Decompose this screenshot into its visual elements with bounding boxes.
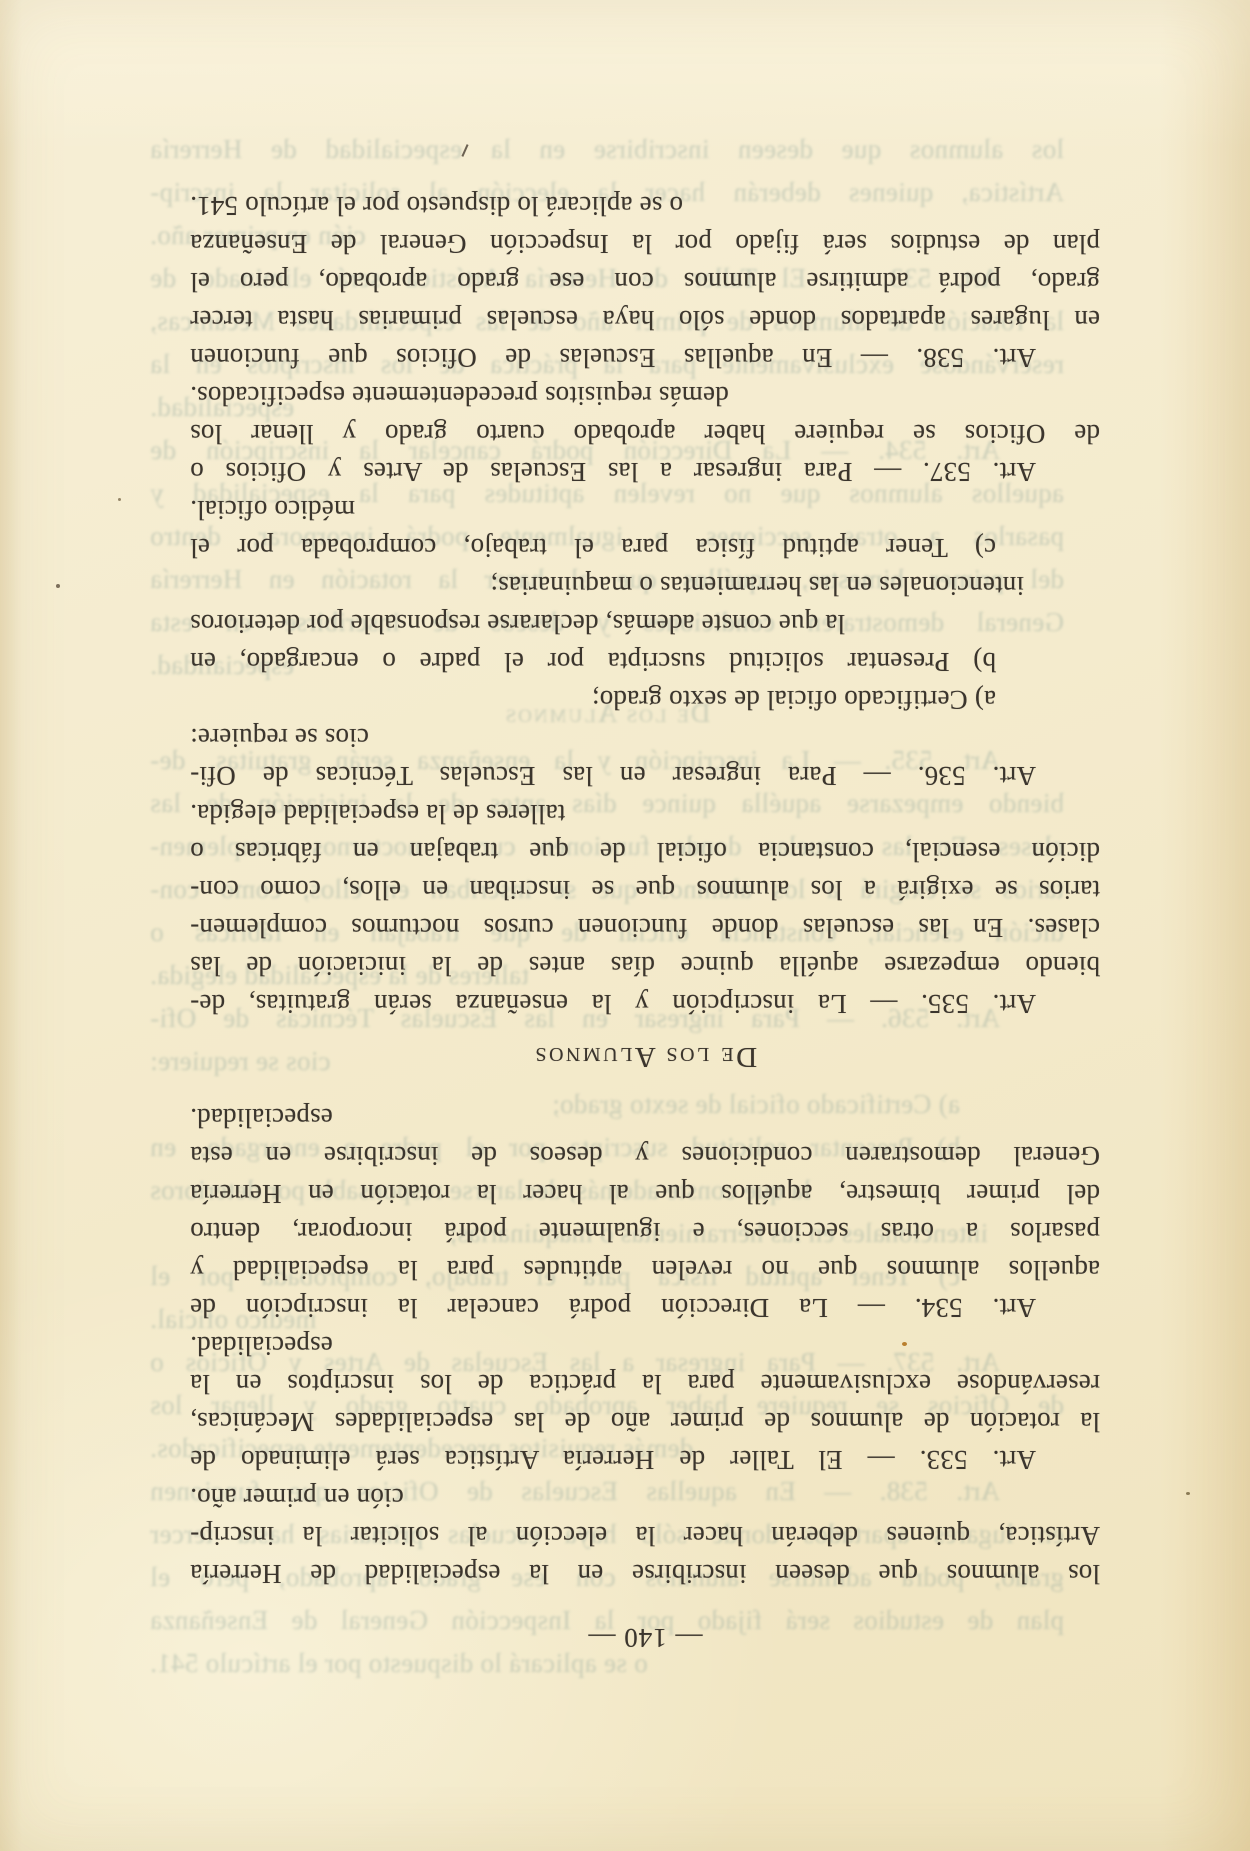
paper-speck [56,584,60,588]
body-text-lower: Art. 535. — La inscripción y la enseñanz… [190,187,1100,1023]
text-line: clases. En las escuelas donde funcionen … [190,909,1100,947]
text-line: Art. 534. — La Dirección podrá cancelar … [190,1289,1100,1327]
text-line: Art. 536. — Para ingresar en las Escuela… [190,757,1100,795]
text-line: a) Certificado oficial de sexto grado; [190,681,1100,719]
text-line: especialidad. [190,1327,1100,1365]
text-line: grado, podrá admitirse alumnos con ese g… [190,263,1100,301]
paper-speck [902,1342,907,1346]
body-text-upper: los alumnos que deseen inscribirse en la… [190,1099,1100,1593]
text-line: los alumnos que deseen inscribirse en la… [190,1555,1100,1593]
text-line: General demostraren condiciones y deseos… [190,1137,1100,1175]
text-line: plan de estudios será fijado por la Insp… [190,225,1100,263]
rotated-content-layer: — 140 — los alumnos que deseen inscribir… [0,0,1250,1851]
text-line: médico oficial. [190,491,1100,529]
text-line: reservándose exclusivamente para la prác… [190,1365,1100,1403]
text-line: Art. 537. — Para ingresar a las Escuelas… [190,453,1100,491]
section-heading: De los Alumnos [190,1037,1100,1077]
page-text-column: — 140 — los alumnos que deseen inscribir… [190,187,1100,1657]
text-line: demás requisitos precedentemente especif… [190,377,1100,415]
text-line: la rotación de alumnos de primer año de … [190,1403,1100,1441]
paper-speck [1186,1492,1190,1495]
text-line: pasarlos a otras secciones, e igualmente… [190,1213,1100,1251]
text-line: Art. 533. — El Taller de Herrería Artíst… [190,1441,1100,1479]
text-line: biendo empezarse aquélla quince días ant… [190,947,1100,985]
text-line: dición esencial, constancia oficial de q… [190,833,1100,871]
text-line: cios se requiere: [190,719,1100,757]
page-number: — 140 — [190,1619,1100,1657]
scanned-page: los alumnos que deseen inscribirse en la… [0,0,1250,1851]
text-line: tarios se exigirá a los alumnos que se i… [190,871,1100,909]
text-line: intencionales en las herramientas o maqu… [190,567,1100,605]
text-line: Artística, quienes deberán hacer la elec… [190,1517,1100,1555]
text-line: Art. 538. — En aquellas Escuelas de Ofic… [190,339,1100,377]
text-line: ción en primer año. [190,1479,1100,1517]
text-line: la que conste además, declararse respons… [190,605,1100,643]
text-line: especialidad. [190,1099,1100,1137]
text-line: b) Presentar solicitud suscripta por el … [190,643,1100,681]
text-line: del primer bimestre, aquéllos que al hac… [190,1175,1100,1213]
text-line: c) Tener aptitud física para el trabajo,… [190,529,1100,567]
text-line: talleres de la especialidad elegida. [190,795,1100,833]
text-line: en lugares apartados donde sólo haya esc… [190,301,1100,339]
text-line: o se aplicará lo dispuesto por el artícu… [190,187,1100,225]
text-line: Art. 535. — La inscripción y la enseñanz… [190,985,1100,1023]
paper-speck [118,498,121,501]
text-line: aquellos alumnos que no revelen aptitude… [190,1251,1100,1289]
text-line: de Oficios se requiere haber aprobado cu… [190,415,1100,453]
